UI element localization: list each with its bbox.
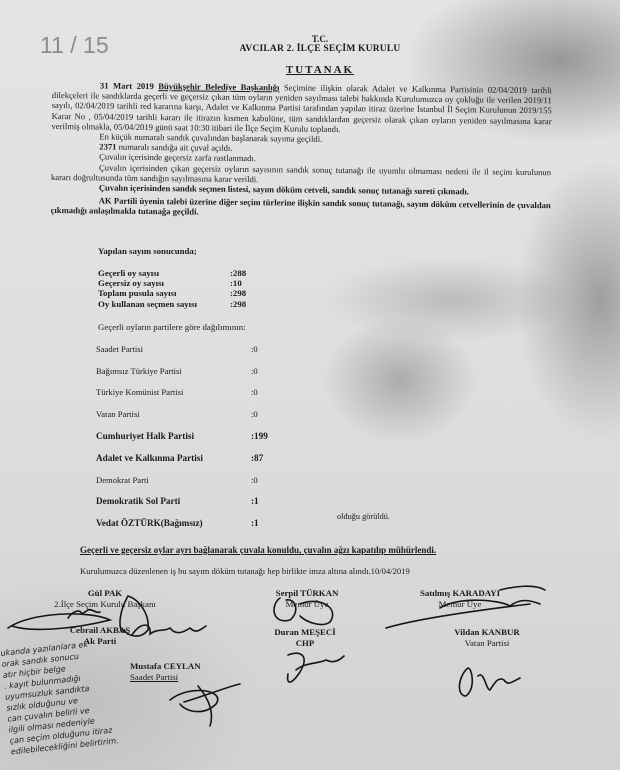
document-page: 11 / 15 T.C. AVCILAR 2. İLÇE SEÇİM KURUL… — [0, 0, 620, 770]
handwritten-note: ukanda yazılanlara ek orak sandık sonucu… — [0, 637, 119, 758]
